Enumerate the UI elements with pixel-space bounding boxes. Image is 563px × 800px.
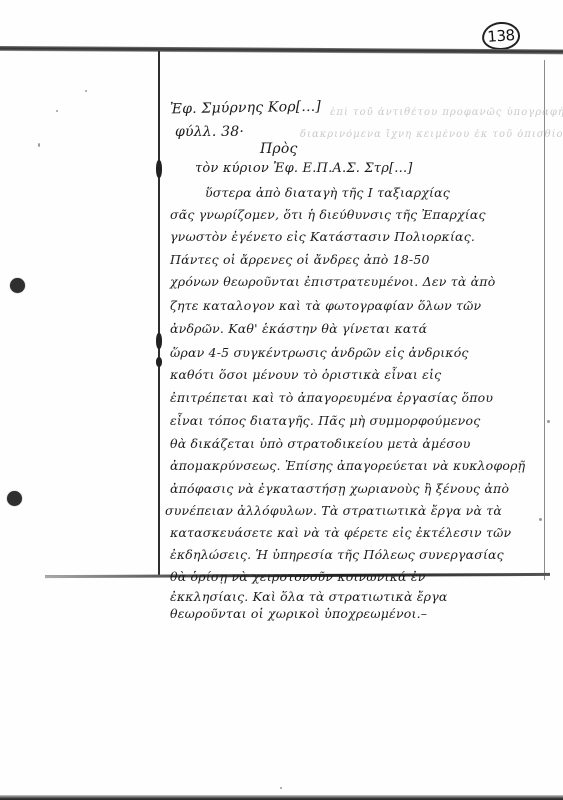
scan-speck (547, 420, 550, 423)
body-line: ὕστερα ἀπὸ διαταγὴ τῆς Ι ταξιαρχίας (205, 185, 450, 200)
body-line: ὥραν 4-5 συγκέντρωσις ἀνδρῶν εἰς ἀνδρικό… (170, 345, 469, 360)
body-line: ἐκδηλώσεις. Ἡ ὑπηρεσία τῆς Πόλεως συνεργ… (170, 547, 504, 562)
body-line: ζητε καταλογον καὶ τὰ φωτογραφίαν ὅλων τ… (170, 298, 481, 313)
header-line-2: φύλλ. 38· (175, 124, 244, 140)
scan-speck (539, 518, 542, 521)
scan-speck (38, 143, 40, 147)
scanned-page: 138 ἐπὶ τοῦ ἀντιθέτου προφανῶς ὑπογραφὴ … (0, 0, 563, 800)
body-line: σᾶς γνωρίζομεν, ὅτι ἡ διεύθυνσις τῆς Ἐπα… (170, 207, 486, 222)
punch-hole-bottom (7, 491, 22, 506)
scan-speck (85, 90, 87, 92)
addressee-line: τὸν κύριον Ἐφ. Ε.Π.Α.Σ. Στρ[...] (195, 161, 413, 176)
body-line: ἀνδρῶν. Καθ' ἑκάστην θὰ γίνεται κατά (170, 321, 427, 336)
sheet-top-edge (0, 46, 563, 54)
page-bottom-edge (0, 795, 563, 800)
scan-speck (280, 787, 282, 789)
body-line: ἐκκλησίαις. Καὶ ὅλα τὰ στρατιωτικὰ ἔργα (170, 589, 448, 604)
sheet-left-edge (158, 51, 160, 576)
body-line: ἐπιτρέπεται καὶ τὸ ἀπαγορευμένα ἐργασίας… (170, 390, 493, 405)
body-line: Πάντες οἱ ἄρρενες οἱ ἄνδρες ἀπὸ 18-50 (170, 252, 430, 267)
edge-ink-blot (156, 160, 162, 178)
body-line: γνωστὸν ἐγένετο εἰς Κατάστασιν Πολιορκία… (170, 229, 475, 244)
body-line: χρόνων θεωροῦνται ἐπιστρατευμένοι. Δεν τ… (170, 274, 495, 289)
scan-speck (56, 110, 58, 112)
edge-ink-blot (156, 357, 162, 367)
bleed-through-text: διακρινόμενα ἴχνη κειμένου ἐκ τοῦ ὀπισθί… (300, 129, 563, 140)
salutation: Πρὸς (260, 141, 298, 157)
body-line: εἶναι τόπος διαταγῆς. Πᾶς μὴ συμμορφούμε… (170, 413, 480, 428)
punch-hole-top (10, 278, 25, 293)
page-number-stamp: 138 (481, 21, 521, 52)
body-line: ἀπομακρύνσεως. Ἐπίσης ἀπαγορεύεται νὰ κυ… (170, 458, 525, 473)
bleed-through-text: ἐπὶ τοῦ ἀντιθέτου προφανῶς ὑπογραφὴ ἤ (330, 107, 563, 118)
body-line: συνέπειαν ἀλλόφυλων. Τὰ στρατιωτικὰ ἔργα… (165, 503, 502, 518)
body-line: θὰ δικάζεται ὑπὸ στρατοδικείου μετὰ ἀμέσ… (170, 436, 471, 451)
body-line: καθότι ὅσοι μένουν τὸ ὁριστικὰ εἶναι εἰς (170, 367, 441, 382)
body-line: κατασκευάσετε καὶ νὰ τὰ φέρετε εἰς ἐκτέλ… (170, 525, 511, 540)
body-line: ἀπόφασις νὰ ἐγκαταστήσῃ χωριανοὺς ἢ ξένο… (170, 481, 509, 496)
body-line: θὰ ὁρίσῃ νὰ χειροτονοῦν κοινωνικά ἐν (170, 569, 426, 584)
body-line: θεωροῦνται οἱ χωρικοὶ ὑποχρεωμένοι.– (170, 606, 427, 621)
edge-ink-blot (156, 333, 162, 349)
header-line-1: Ἐφ. Σμύρνης Κορ[...] (170, 99, 321, 118)
